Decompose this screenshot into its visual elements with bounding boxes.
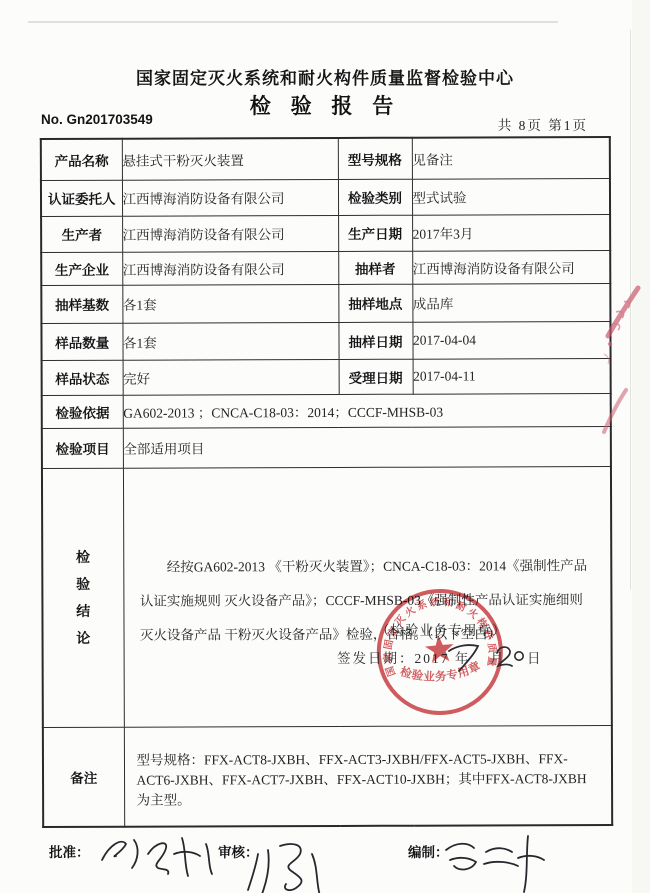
table-row: 抽样基数 各1套 抽样地点 成品库 (41, 283, 610, 323)
report-number: No. Gn201703549 (41, 112, 153, 127)
remark-text: 型号规格：FFX-ACT8-JXBH、FFX-ACT3-JXBH/FFX-ACT… (124, 740, 611, 811)
table-row: 生产企业 江西博海消防设备有限公司 抽样者 江西博海消防设备有限公司 (41, 250, 610, 285)
handwritten-month-7 (447, 640, 483, 672)
field-value: 全部适用项目 (123, 426, 611, 468)
field-value: 江西博海消防设备有限公司 (412, 250, 610, 284)
approve-signature (96, 828, 221, 882)
field-value: 江西博海消防设备有限公司 (122, 179, 338, 216)
edge-stamp-mark (600, 386, 632, 438)
table-row-conclusion: 检 验 结 论 经按GA602-2013 《干粉灭火装置》；CNCA-C18-0… (42, 466, 612, 727)
org-name: 国家固定灭火系统和耐火构件质量监督检验中心 (0, 64, 650, 89)
field-label: 抽样日期 (338, 322, 412, 359)
handwritten-day-20 (494, 644, 526, 672)
field-label: 抽样者 (338, 251, 412, 284)
table-row-remark: 备注 型号规格：FFX-ACT8-JXBH、FFX-ACT3-JXBH/FFX-… (43, 725, 612, 827)
scan-artifact-line (28, 21, 558, 23)
field-label: 生产企业 (41, 252, 122, 285)
field-label: 抽样基数 (41, 285, 122, 323)
conclusion-label-char: 检 (76, 547, 90, 567)
review-signature (246, 838, 336, 893)
field-label: 生产日期 (338, 215, 412, 251)
field-label: 生产者 (41, 216, 122, 252)
issue-day-unit: 日 (527, 647, 541, 667)
field-value: 2017-04-11 (413, 358, 611, 394)
conclusion-label-char: 结 (76, 601, 90, 621)
table-row: 生产者 江西博海消防设备有限公司 生产日期 2017年3月 (41, 214, 610, 252)
table-row: 样品状态 完好 受理日期 2017-04-11 (42, 358, 611, 395)
field-value: 见备注 (412, 137, 610, 179)
stamp-note-text: （检验业务专用章） (376, 619, 507, 639)
field-label: 认证委托人 (41, 180, 122, 216)
inspection-report-page: 国家固定灭火系统和耐火构件质量监督检验中心 检 验 报 告 No. Gn2017… (0, 0, 650, 893)
field-label: 样品数量 (41, 323, 122, 360)
table-row: 样品数量 各1套 抽样日期 2017-04-04 (41, 321, 610, 360)
field-value: 江西博海消防设备有限公司 (122, 251, 338, 285)
field-label: 产品名称 (41, 139, 122, 180)
field-value: 悬挂式干粉灭火装置 (122, 138, 338, 180)
prepare-signature (440, 830, 548, 893)
field-label: 检验类别 (338, 179, 412, 215)
field-value: 2017-04-04 (412, 321, 610, 359)
field-value: 型式试验 (412, 178, 610, 215)
field-value: 成品库 (412, 283, 610, 322)
edge-stamp-mark (596, 284, 646, 370)
field-label: 检验项目 (42, 428, 123, 468)
scan-margin-band (632, 0, 650, 893)
table-row: 产品名称 悬挂式干粉灭火装置 型号规格 见备注 (41, 137, 610, 180)
report-table: 产品名称 悬挂式干粉灭火装置 型号规格 见备注 认证委托人 江西博海消防设备有限… (40, 136, 613, 828)
conclusion-label: 检 验 结 论 (42, 468, 124, 727)
approve-label: 批准： (49, 841, 90, 861)
page-count: 共 8页 第1页 (498, 114, 588, 134)
field-label: 检验依据 (42, 395, 123, 428)
table-row-basis: 检验依据 GA602-2013 ；CNCA-C18-03：2014；CCCF-M… (42, 393, 611, 428)
field-label: 样品状态 (42, 360, 123, 395)
field-label: 抽样地点 (338, 284, 412, 322)
table-row: 认证委托人 江西博海消防设备有限公司 检验类别 型式试验 (41, 178, 610, 216)
field-value: 江西博海消防设备有限公司 (122, 215, 338, 252)
field-value: GA602-2013 ；CNCA-C18-03：2014；CCCF-MHSB-0… (123, 393, 611, 428)
field-label: 受理日期 (339, 359, 413, 394)
field-value: 完好 (123, 359, 339, 395)
field-value: 各1套 (122, 284, 338, 323)
field-value: 各1套 (122, 322, 338, 360)
remark-label: 备注 (43, 727, 124, 827)
field-value: 2017年3月 (412, 214, 610, 251)
table-row-items: 检验项目 全部适用项目 (42, 426, 611, 468)
conclusion-label-char: 验 (76, 574, 90, 594)
conclusion-label-char: 论 (76, 628, 90, 648)
field-label: 型号规格 (338, 138, 412, 179)
